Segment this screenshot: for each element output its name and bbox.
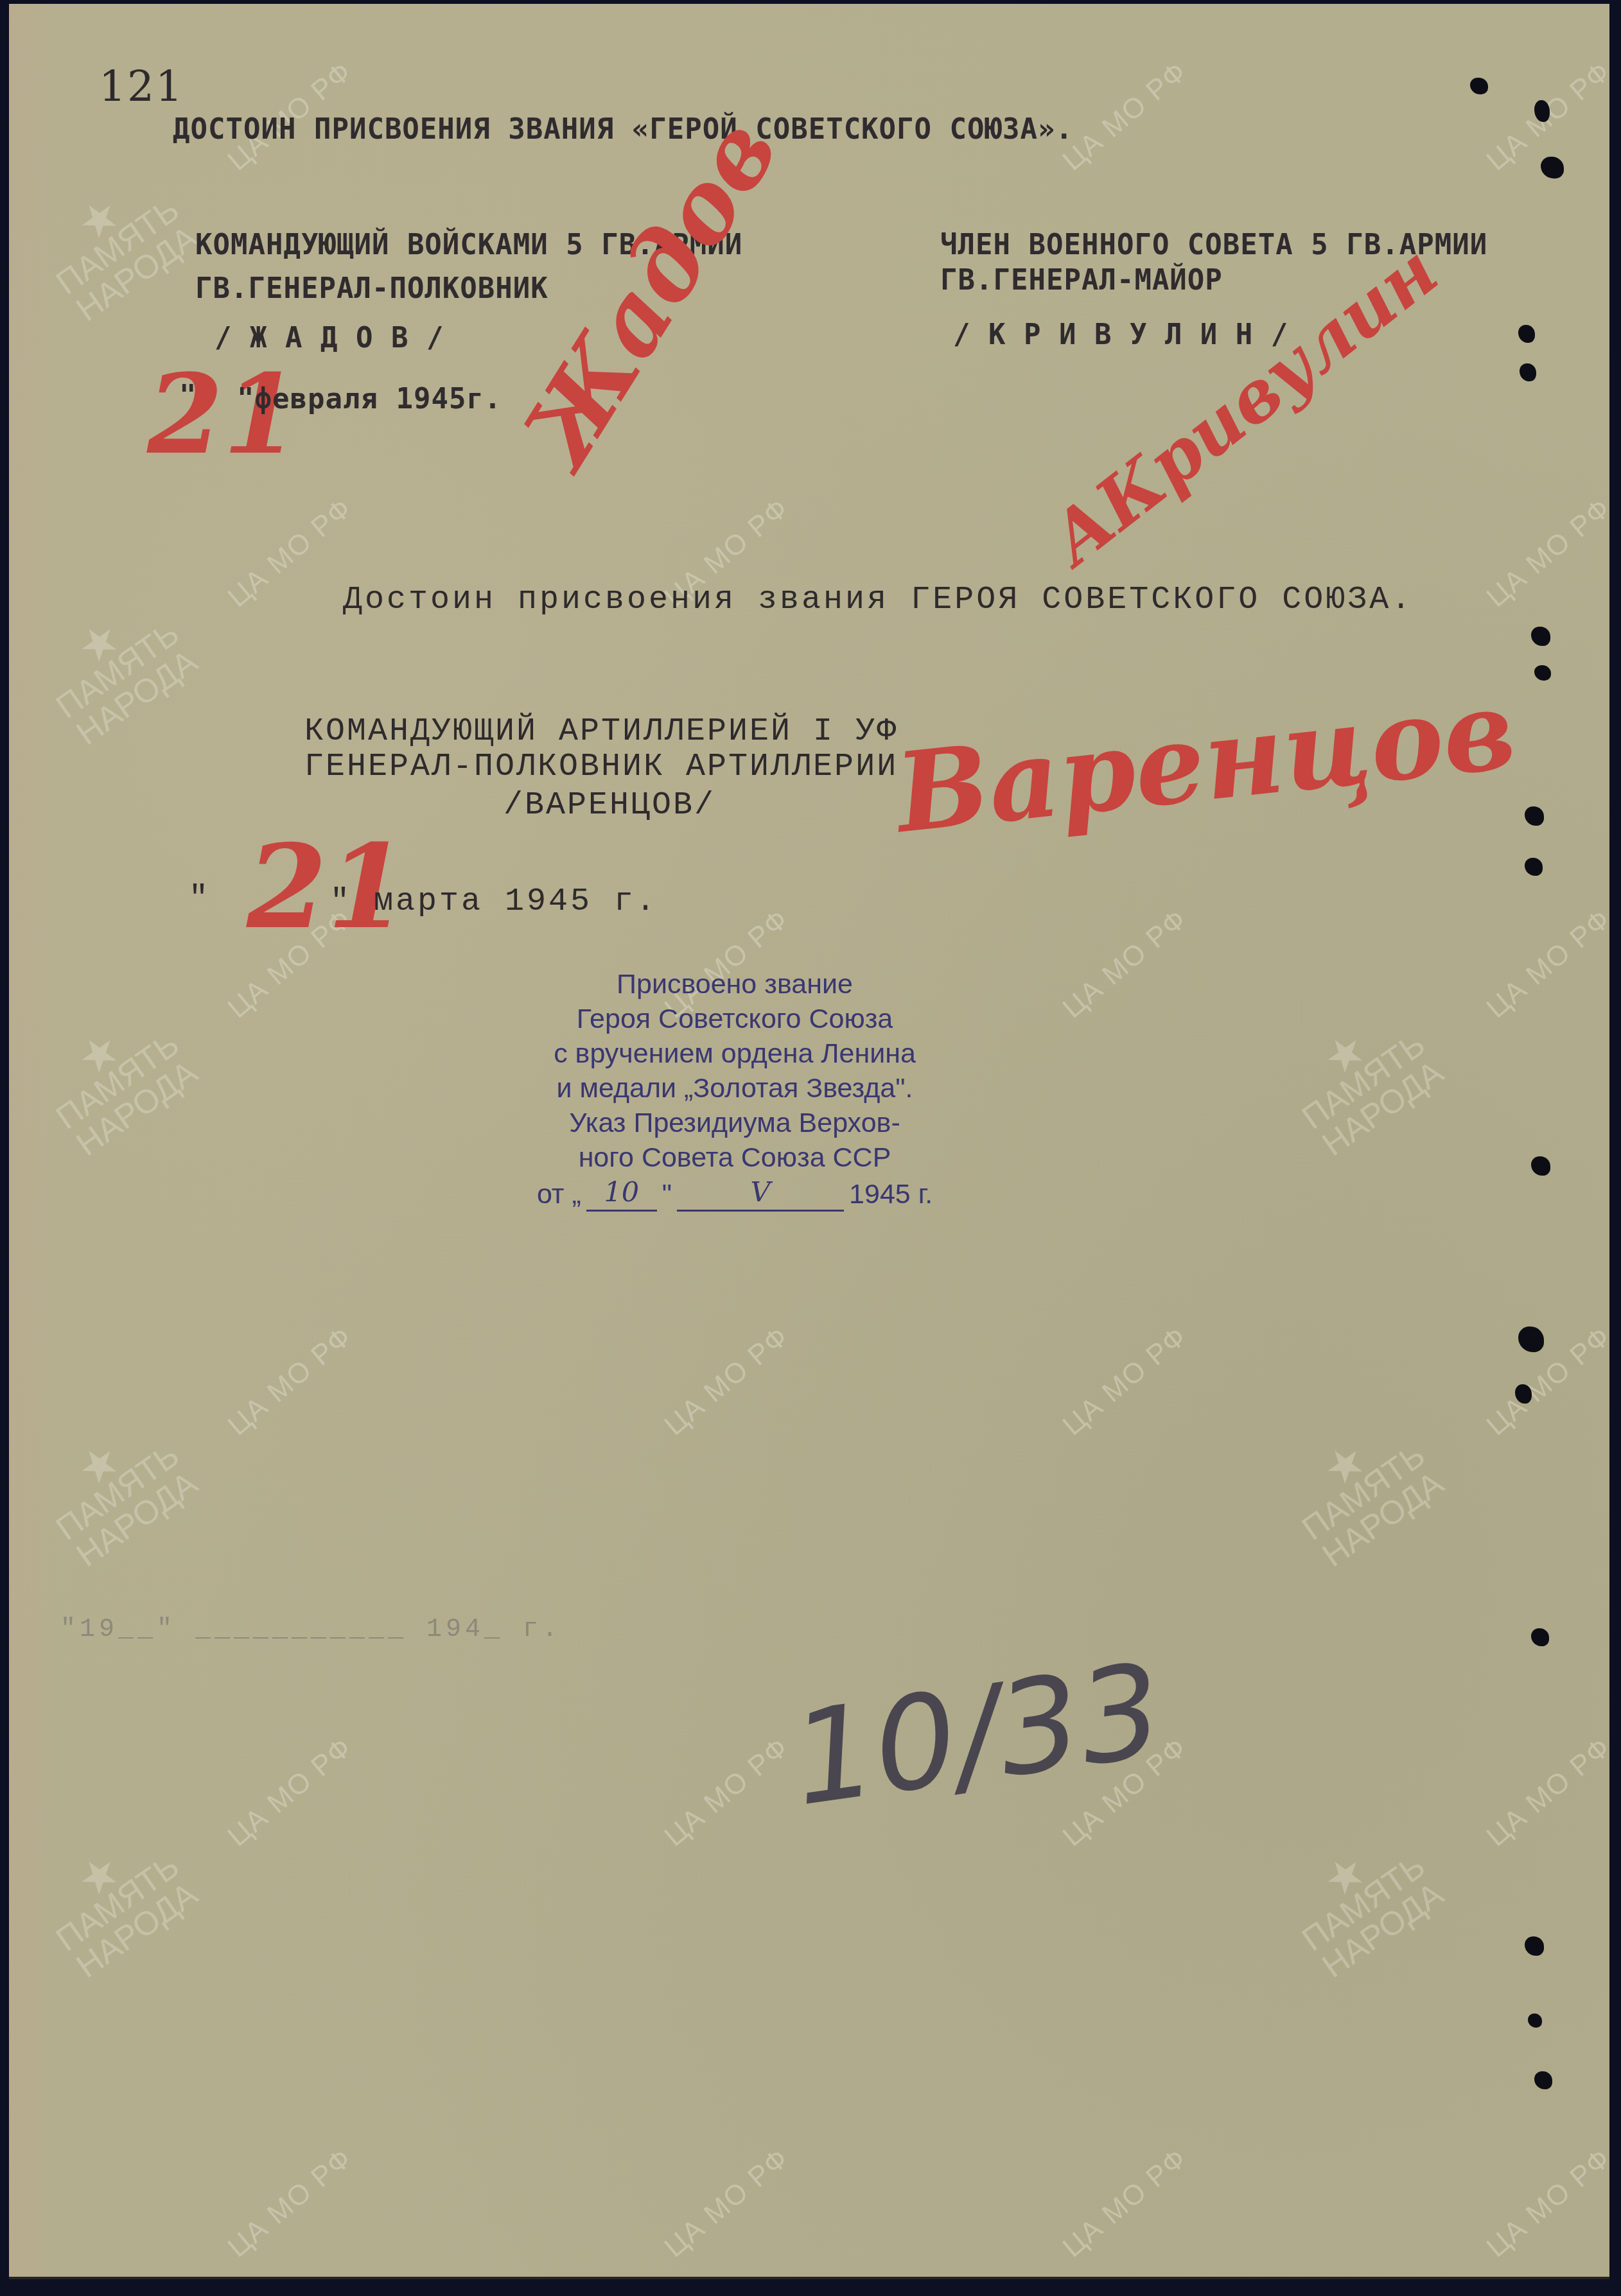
watermark-archive: ЦА МО РФ — [222, 492, 358, 614]
stamp-line: ного Совета Союза ССР — [523, 1140, 947, 1175]
binder-hole — [1531, 1156, 1550, 1176]
artillery-signature: Варенцов — [890, 665, 1521, 858]
star-icon: ★ — [31, 1411, 166, 1518]
watermark-archive: ЦА МО РФ — [1056, 2142, 1193, 2264]
award-stamp: Присвоено звание Героя Советского Союза … — [523, 967, 947, 1212]
star-icon: ★ — [31, 1822, 166, 1929]
pencil-archive-note: 10/33 — [784, 1635, 1171, 1835]
star-icon: ★ — [1277, 1822, 1412, 1929]
watermark-project: ★ ПАМЯТЬ НАРОДА — [31, 589, 204, 751]
watermark-archive: ЦА МО РФ — [222, 2142, 358, 2264]
binder-hole — [1534, 2071, 1552, 2089]
watermark-archive: ЦА МО РФ — [1480, 1731, 1617, 1853]
watermark-project: ★ ПАМЯТЬ НАРОДА — [31, 1000, 204, 1162]
star-icon: ★ — [1277, 1000, 1412, 1108]
binder-hole — [1518, 325, 1535, 343]
watermark-project: ★ ПАМЯТЬ НАРОДА — [31, 165, 204, 327]
watermark-archive: ЦА МО РФ — [658, 1320, 795, 1442]
stamp-line: и медали „Золотая Звезда". — [523, 1071, 947, 1106]
stamp-date: от „ 10 " V 1945 г. — [523, 1175, 947, 1212]
star-icon: ★ — [31, 1000, 166, 1108]
watermark-project: ★ ПАМЯТЬ НАРОДА — [31, 1411, 204, 1573]
stamp-line: с вручением ордена Ленина — [523, 1036, 947, 1071]
stamp-date-year: 1945 г. — [849, 1177, 933, 1212]
artillery-title-line2: ГЕНЕРАЛ-ПОЛКОВНИК АРТИЛЛЕРИИ — [304, 749, 898, 785]
binder-hole — [1534, 665, 1551, 681]
stamp-date-month: V — [677, 1175, 844, 1212]
binder-hole — [1525, 858, 1543, 876]
watermark-archive: ЦА МО РФ — [1480, 2142, 1617, 2264]
star-icon: ★ — [1277, 1411, 1412, 1518]
watermark-archive: ЦА МО РФ — [1056, 903, 1193, 1025]
binder-hole — [1520, 363, 1536, 381]
document-page: ЦА МО РФ ЦА МО РФ ЦА МО РФ ЦА МО РФ ЦА М… — [9, 4, 1609, 2279]
left-title-line2: ГВ.ГЕНЕРАЛ-ПОЛКОВНИК — [195, 272, 548, 305]
binder-hole — [1531, 1628, 1549, 1646]
artillery-name: /ВАРЕНЦОВ/ — [504, 787, 715, 824]
right-name: / К Р И В У Л И Н / — [953, 318, 1288, 351]
watermark-archive: ЦА МО РФ — [1056, 1320, 1193, 1442]
binder-hole — [1515, 1384, 1532, 1404]
stamp-line: Указ Президиума Верхов- — [523, 1106, 947, 1140]
watermark-archive: ЦА МО РФ — [658, 1731, 795, 1853]
watermark-archive: ЦА МО РФ — [222, 1320, 358, 1442]
binder-hole — [1528, 2013, 1542, 2028]
right-title-line2: ГВ.ГЕНЕРАЛ-МАЙОР — [940, 264, 1223, 297]
binder-hole — [1525, 806, 1544, 826]
second-statement: Достоин присвоения звания ГЕРОЯ СОВЕТСКО… — [343, 582, 1413, 618]
watermark-project: ★ ПАМЯТЬ НАРОДА — [1277, 1411, 1450, 1573]
binder-hole — [1534, 100, 1550, 122]
sheet-number: 121 — [99, 62, 184, 111]
binder-hole — [1525, 1936, 1544, 1956]
star-icon: ★ — [31, 589, 166, 697]
stamp-line: Присвоено звание — [523, 967, 947, 1002]
binder-hole — [1518, 1326, 1544, 1352]
binder-hole — [1470, 78, 1488, 94]
second-date-text: " марта 1945 г. — [330, 883, 658, 920]
binder-hole — [1541, 157, 1564, 178]
stamp-line: Героя Советского Союза — [523, 1002, 947, 1036]
binder-hole — [1531, 627, 1550, 646]
watermark-project: ★ ПАМЯТЬ НАРОДА — [31, 1822, 204, 1984]
faint-bleedthrough-text: "19__" ___________ 194_ г. — [60, 1615, 561, 1644]
stamp-date-day: 10 — [586, 1175, 657, 1212]
artillery-title-line1: КОМАНДУЮЩИЙ АРТИЛЛЕРИЕЙ I УФ — [304, 713, 898, 750]
watermark-archive: ЦА МО РФ — [658, 2142, 795, 2264]
left-name: / Ж А Д О В / — [215, 322, 444, 354]
first-date-text: "февраля 1945г. — [237, 383, 502, 415]
watermark-archive: ЦА МО РФ — [1480, 492, 1617, 614]
star-icon: ★ — [31, 165, 166, 273]
watermark-project: ★ ПАМЯТЬ НАРОДА — [1277, 1000, 1450, 1162]
watermark-archive: ЦА МО РФ — [1480, 903, 1617, 1025]
watermark-archive: ЦА МО РФ — [222, 1731, 358, 1853]
watermark-project: ★ ПАМЯТЬ НАРОДА — [1277, 1822, 1450, 1984]
watermark-archive: ЦА МО РФ — [1480, 1320, 1617, 1442]
watermark-archive: ЦА МО РФ — [1056, 55, 1193, 177]
header-line: ДОСТОИН ПРИСВОЕНИЯ ЗВАНИЯ «ГЕРОЙ СОВЕТСК… — [173, 113, 1073, 146]
